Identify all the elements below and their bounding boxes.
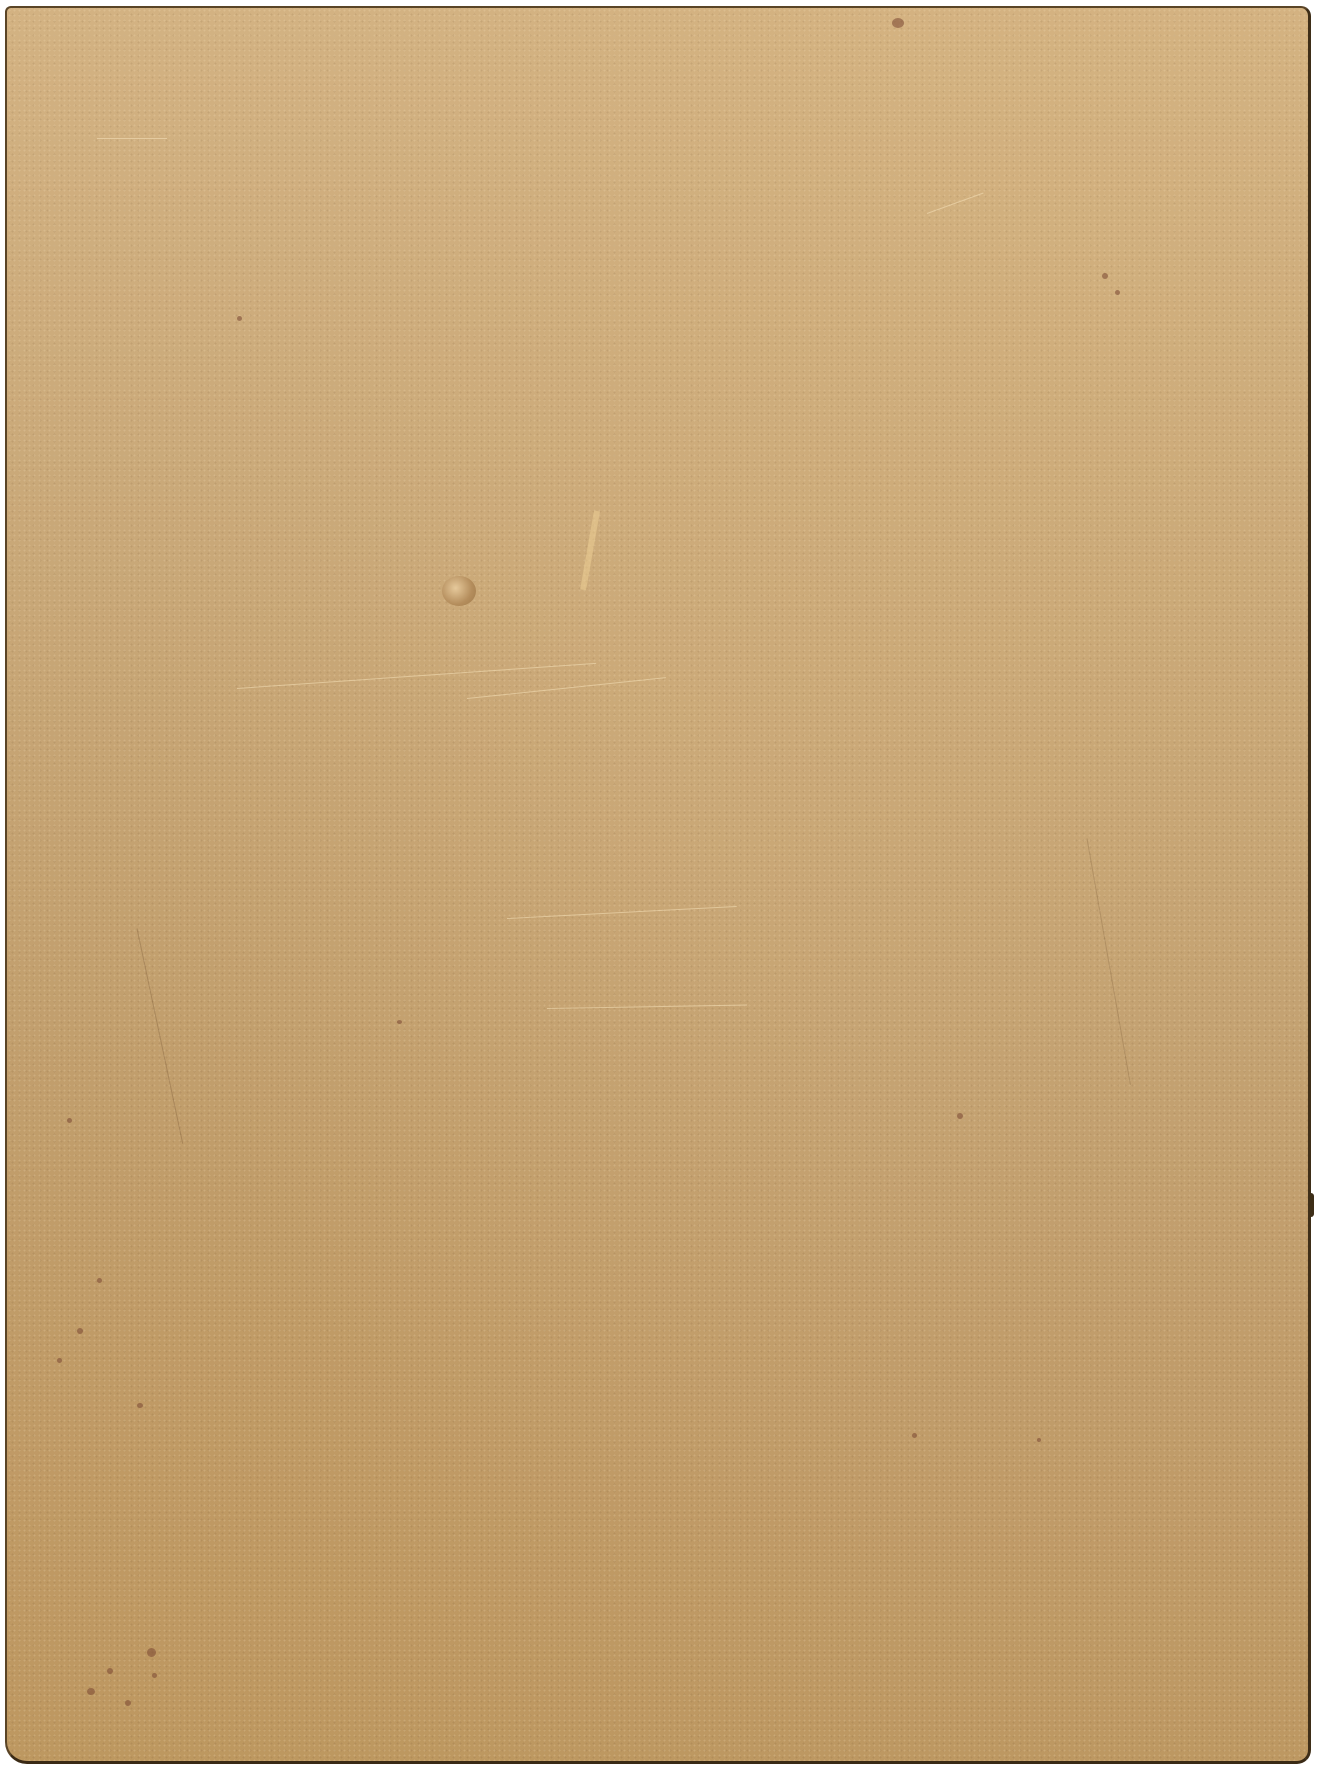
stain-spot [67,1118,72,1123]
stain-spot [97,1278,102,1283]
scratch [137,928,184,1143]
scratch [97,138,167,139]
plaque-surface [5,6,1311,1764]
scratch [507,906,737,919]
scratch [547,1005,747,1009]
stain-spot [147,1648,156,1657]
stain-spot [125,1700,131,1706]
stain-spot [957,1113,963,1119]
scratch [927,193,984,214]
surface-dent [442,576,476,606]
stain-spot [87,1688,95,1695]
scratch [580,510,600,590]
scratch [237,663,596,689]
scratch [1087,838,1131,1084]
stain-spot [77,1328,83,1334]
edge-bump [1308,1193,1314,1217]
stain-spot [1115,290,1120,295]
stain-spot [1102,273,1108,279]
stain-spot [237,316,242,321]
stain-spot [152,1673,157,1678]
stain-spot [137,1403,143,1408]
stain-spot [912,1433,917,1438]
stain-spot [892,18,904,28]
surface-texture [7,8,1308,1761]
scratch [467,677,666,699]
stain-spot [397,1020,402,1024]
stain-spot [107,1668,113,1674]
stain-spot [1037,1438,1041,1442]
stain-spot [57,1358,62,1363]
